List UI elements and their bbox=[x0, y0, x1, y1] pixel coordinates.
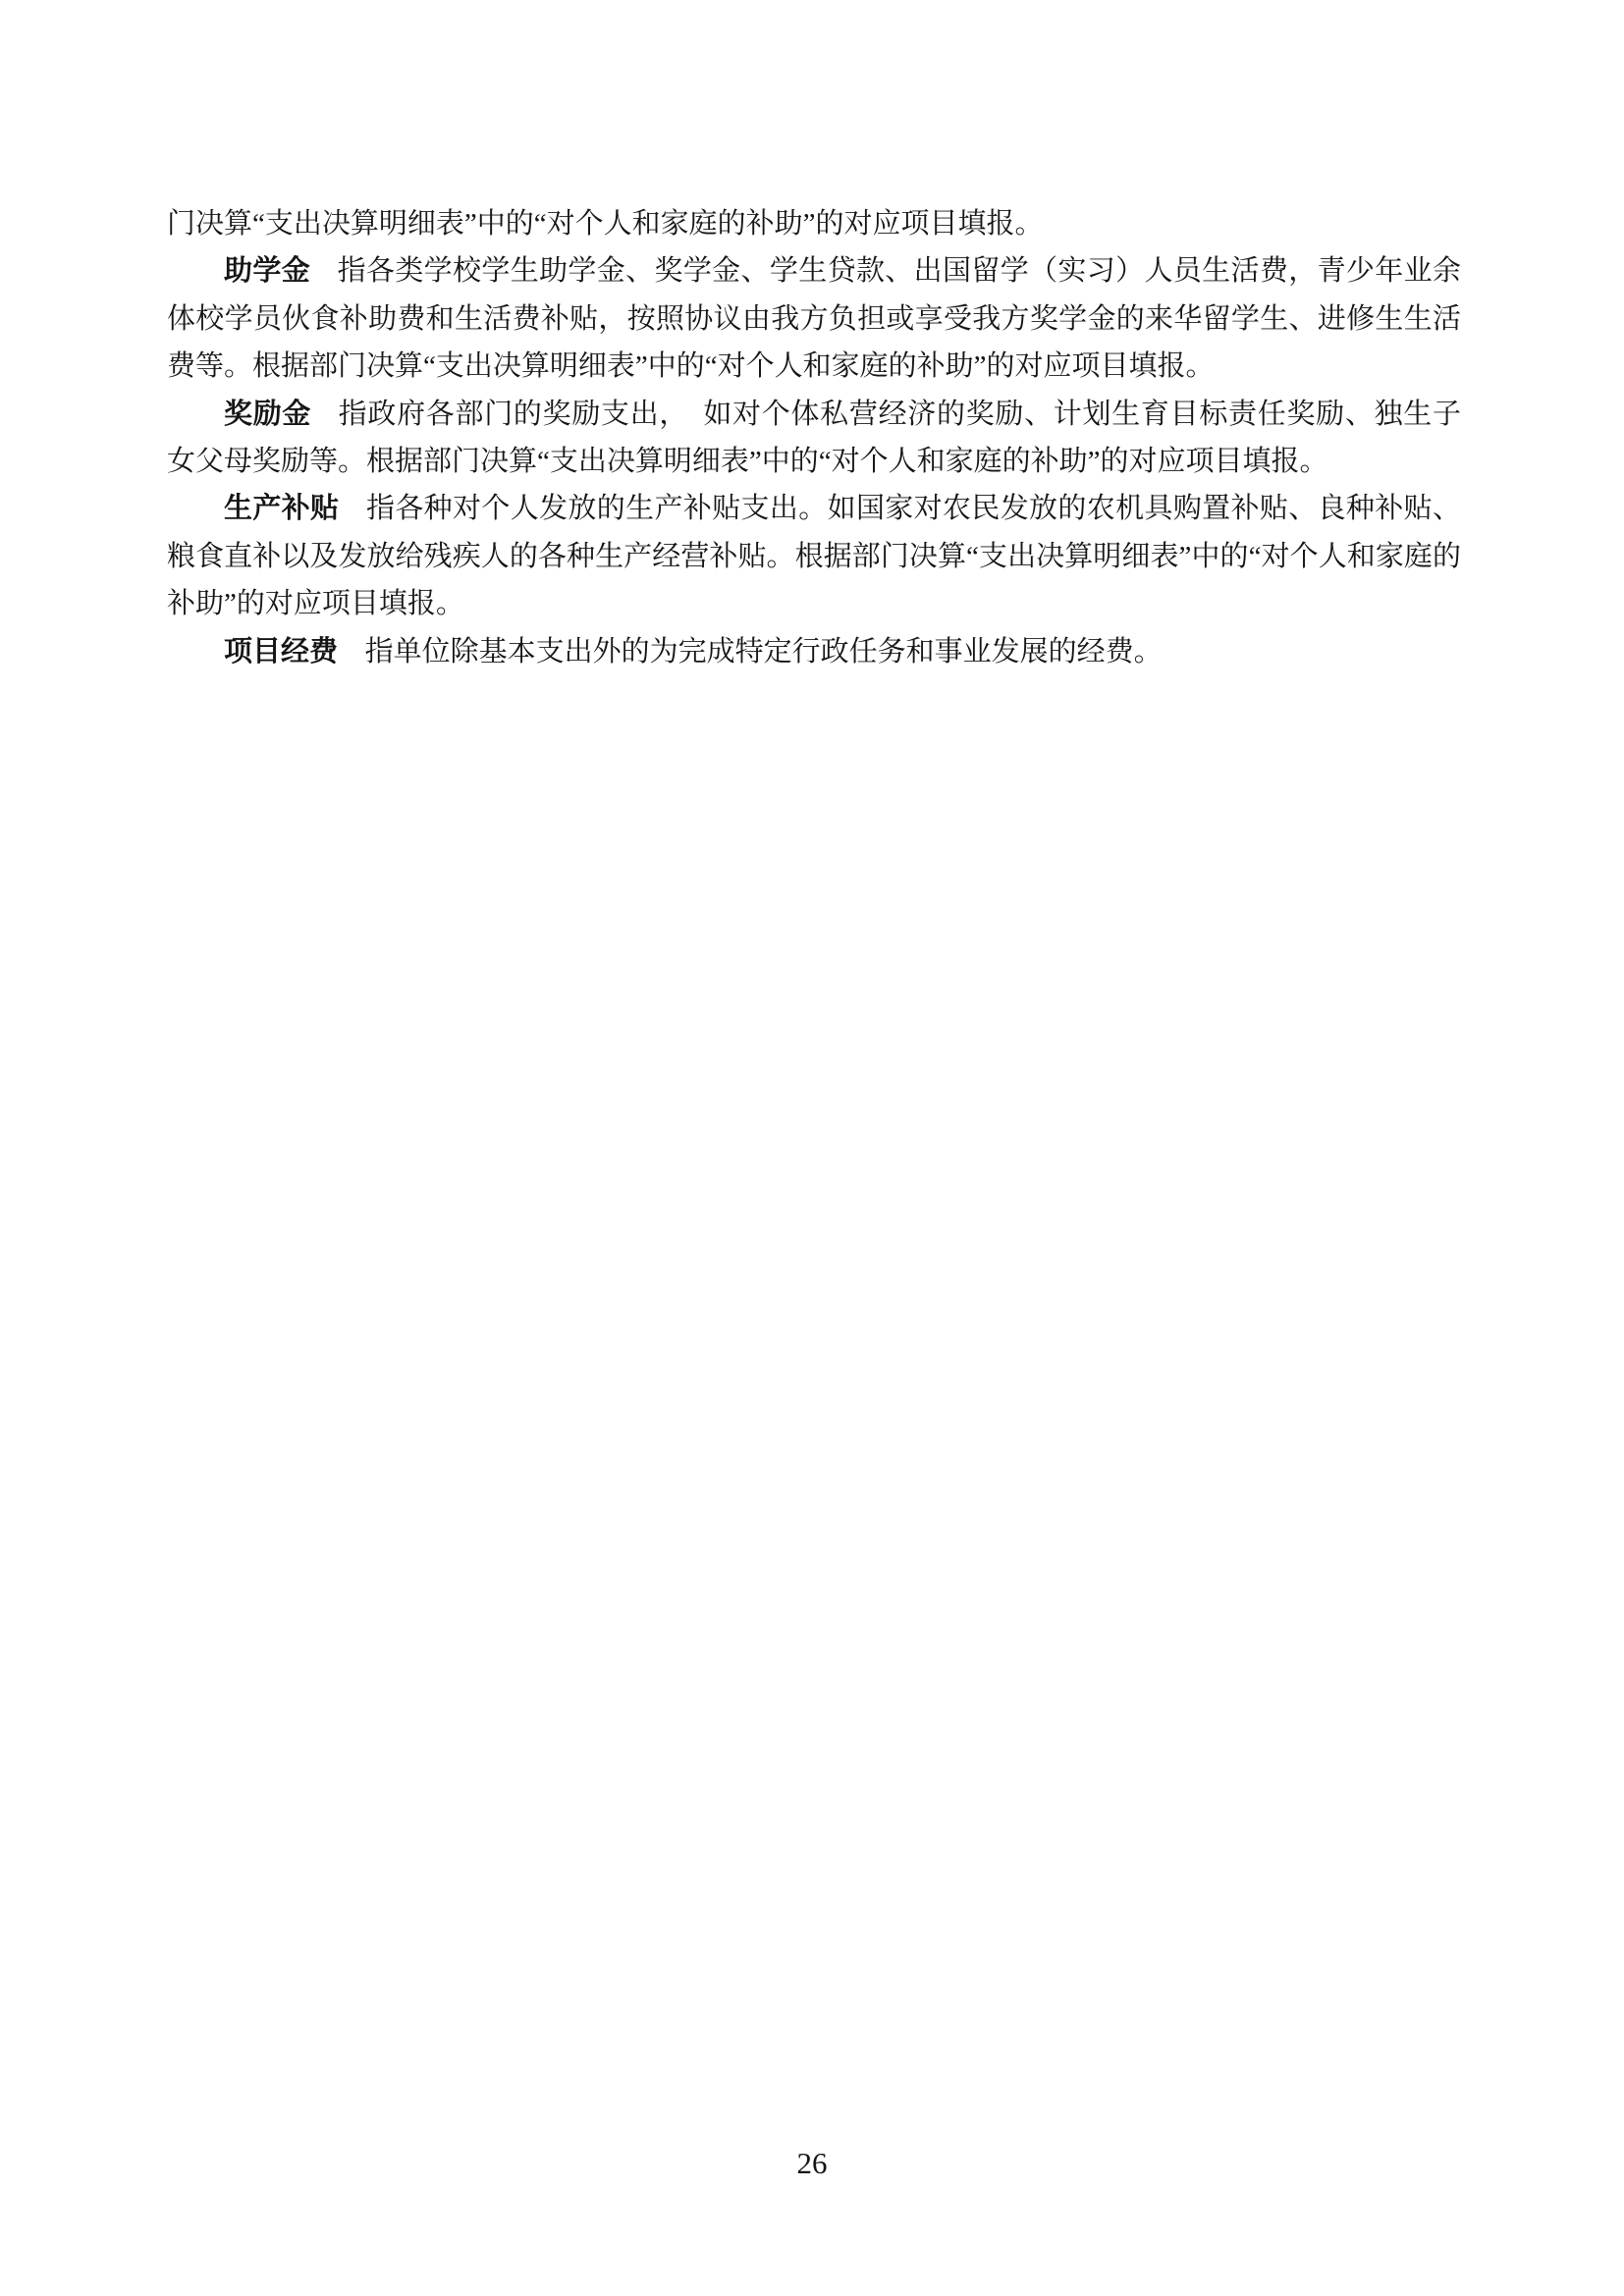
page-number: 26 bbox=[0, 2146, 1624, 2181]
paragraph-text: 指单位除基本支出外的为完成特定行政任务和事业发展的经费。 bbox=[365, 636, 1163, 667]
paragraph-text: 指各种对个人发放的生产补贴支出。如国家对农民发放的农机具购置补贴、良种补贴、粮食… bbox=[167, 493, 1461, 619]
term-label: 奖励金 bbox=[224, 399, 311, 430]
document-page: 门决算“支出决算明细表”中的“对个人和家庭的补助”的对应项目填报。 助学金指各类… bbox=[0, 0, 1624, 2296]
paragraph-text: 指各类学校学生助学金、奖学金、学生贷款、出国留学（实习）人员生活费，青少年业余体… bbox=[167, 255, 1461, 382]
paragraph: 助学金指各类学校学生助学金、奖学金、学生贷款、出国留学（实习）人员生活费，青少年… bbox=[167, 247, 1461, 390]
page-body-text: 门决算“支出决算明细表”中的“对个人和家庭的补助”的对应项目填报。 助学金指各类… bbox=[167, 200, 1461, 675]
term-label: 生产补贴 bbox=[224, 493, 339, 524]
paragraph: 项目经费指单位除基本支出外的为完成特定行政任务和事业发展的经费。 bbox=[167, 628, 1461, 675]
paragraph: 奖励金指政府各部门的奖励支出， 如对个体私营经济的奖励、计划生育目标责任奖励、独… bbox=[167, 391, 1461, 486]
paragraph: 生产补贴指各种对个人发放的生产补贴支出。如国家对农民发放的农机具购置补贴、良种补… bbox=[167, 485, 1461, 627]
term-label: 助学金 bbox=[224, 255, 310, 287]
paragraph-text: 门决算“支出决算明细表”中的“对个人和家庭的补助”的对应项目填报。 bbox=[167, 208, 1044, 240]
term-label: 项目经费 bbox=[224, 636, 338, 667]
paragraph: 门决算“支出决算明细表”中的“对个人和家庭的补助”的对应项目填报。 bbox=[167, 200, 1461, 247]
paragraph-text: 指政府各部门的奖励支出， 如对个体私营经济的奖励、计划生育目标责任奖励、独生子女… bbox=[167, 399, 1461, 477]
